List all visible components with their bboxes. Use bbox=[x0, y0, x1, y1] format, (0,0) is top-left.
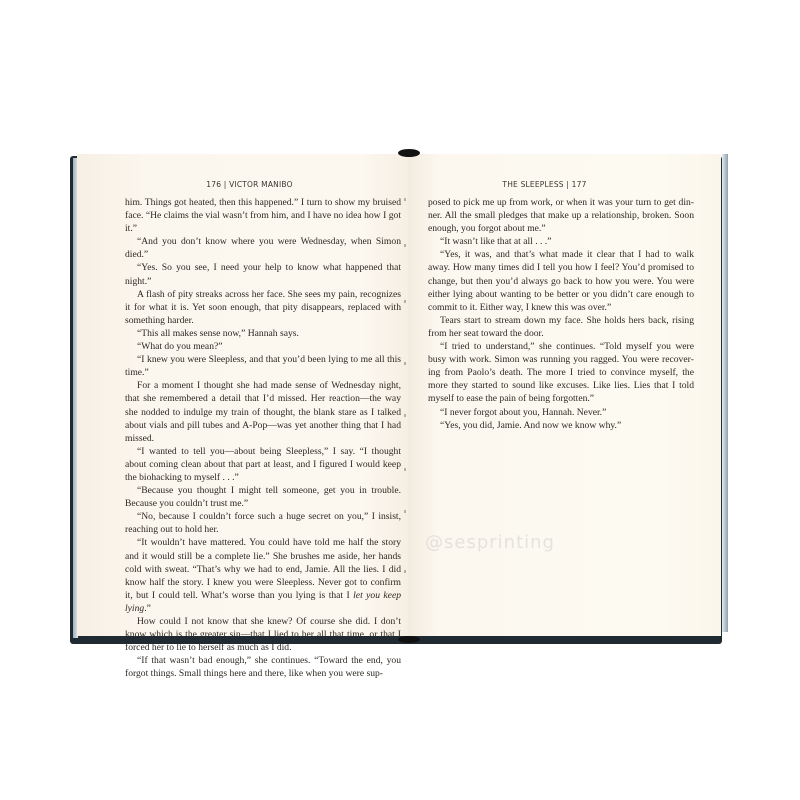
paragraph-text: posed to pick me up from work, or when i… bbox=[428, 197, 694, 234]
paragraph: “It wouldn’t have mattered. You could ha… bbox=[125, 536, 401, 615]
paragraph-text: “I knew you were Sleepless, and that you… bbox=[125, 354, 401, 378]
paragraph: “I wanted to tell you—about being Sleepl… bbox=[125, 445, 401, 484]
paragraph: A flash of pity streaks across her face.… bbox=[125, 288, 401, 327]
paragraph: “I tried to understand,” she continues. … bbox=[428, 340, 694, 405]
paragraph-text: .” bbox=[144, 603, 151, 614]
paragraph-text: “Yes. So you see, I need your help to kn… bbox=[125, 262, 401, 286]
paragraph: “Yes, you did, Jamie. And now we know wh… bbox=[428, 419, 694, 432]
paragraph: “I never forgot about you, Hannah. Never… bbox=[428, 406, 694, 419]
paragraph: “No, because I couldn’t force such a hug… bbox=[125, 510, 401, 536]
paragraph-text: How could I not know that she knew? Of c… bbox=[125, 616, 401, 653]
paragraph-text: “And you don’t know where you were Wedne… bbox=[125, 236, 401, 260]
paragraph-text: “This all makes sense now,” Hannah says. bbox=[137, 328, 299, 339]
running-head-left: 176 | VICTOR MANIBO bbox=[77, 180, 410, 189]
paragraph-text: “Because you thought I might tell someon… bbox=[125, 485, 401, 509]
paragraph: “And you don’t know where you were Wedne… bbox=[125, 235, 401, 261]
right-page-body: posed to pick me up from work, or when i… bbox=[428, 196, 694, 432]
paragraph-text: “Yes, you did, Jamie. And now we know wh… bbox=[440, 420, 621, 431]
paragraph-text: “I never forgot about you, Hannah. Never… bbox=[440, 407, 606, 418]
paragraph-text: “It wasn’t like that at all . . .” bbox=[440, 236, 551, 247]
paragraph: For a moment I thought she had made sens… bbox=[125, 379, 401, 444]
paragraph: Tears start to stream down my face. She … bbox=[428, 314, 694, 340]
left-page: 176 | VICTOR MANIBO him. Things got heat… bbox=[77, 154, 410, 636]
paragraph: “This all makes sense now,” Hannah says. bbox=[125, 327, 401, 340]
paragraph-text: “I wanted to tell you—about being Sleepl… bbox=[125, 446, 401, 483]
paragraph-text: “Yes, it was, and that’s what made it cl… bbox=[428, 249, 694, 312]
paragraph-text: “No, because I couldn’t force such a hug… bbox=[125, 511, 401, 535]
paragraph-text: For a moment I thought she had made sens… bbox=[125, 380, 401, 443]
right-page: THE SLEEPLESS | 177 posed to pick me up … bbox=[408, 154, 721, 636]
paragraph: “What do you mean?” bbox=[125, 340, 401, 353]
paragraph: “It wasn’t like that at all . . .” bbox=[428, 235, 694, 248]
spine-top-edge bbox=[398, 149, 420, 157]
open-book: 176 | VICTOR MANIBO him. Things got heat… bbox=[70, 152, 728, 642]
paragraph: posed to pick me up from work, or when i… bbox=[428, 196, 694, 235]
paragraph: “Yes, it was, and that’s what made it cl… bbox=[428, 248, 694, 313]
running-head-right: THE SLEEPLESS | 177 bbox=[408, 180, 721, 189]
paragraph-text: him. Things got heated, then this happen… bbox=[125, 197, 401, 234]
paragraph-text: “If that wasn’t bad enough,” she continu… bbox=[125, 655, 401, 679]
paragraph-text: A flash of pity streaks across her face.… bbox=[125, 289, 401, 326]
spine-bottom-edge bbox=[398, 636, 420, 643]
paragraph: “Because you thought I might tell someon… bbox=[125, 484, 401, 510]
paragraph: How could I not know that she knew? Of c… bbox=[125, 615, 401, 654]
paragraph: “I knew you were Sleepless, and that you… bbox=[125, 353, 401, 379]
paragraph: him. Things got heated, then this happen… bbox=[125, 196, 401, 235]
gutter-stitching bbox=[403, 192, 407, 592]
left-page-body: him. Things got heated, then this happen… bbox=[125, 196, 401, 680]
paragraph: “If that wasn’t bad enough,” she continu… bbox=[125, 654, 401, 680]
paragraph-text: “What do you mean?” bbox=[137, 341, 223, 352]
paragraph: “Yes. So you see, I need your help to kn… bbox=[125, 261, 401, 287]
paragraph-text: Tears start to stream down my face. She … bbox=[428, 315, 694, 339]
page-edges-right bbox=[722, 154, 728, 632]
paragraph-text: “I tried to understand,” she continues. … bbox=[428, 341, 694, 404]
